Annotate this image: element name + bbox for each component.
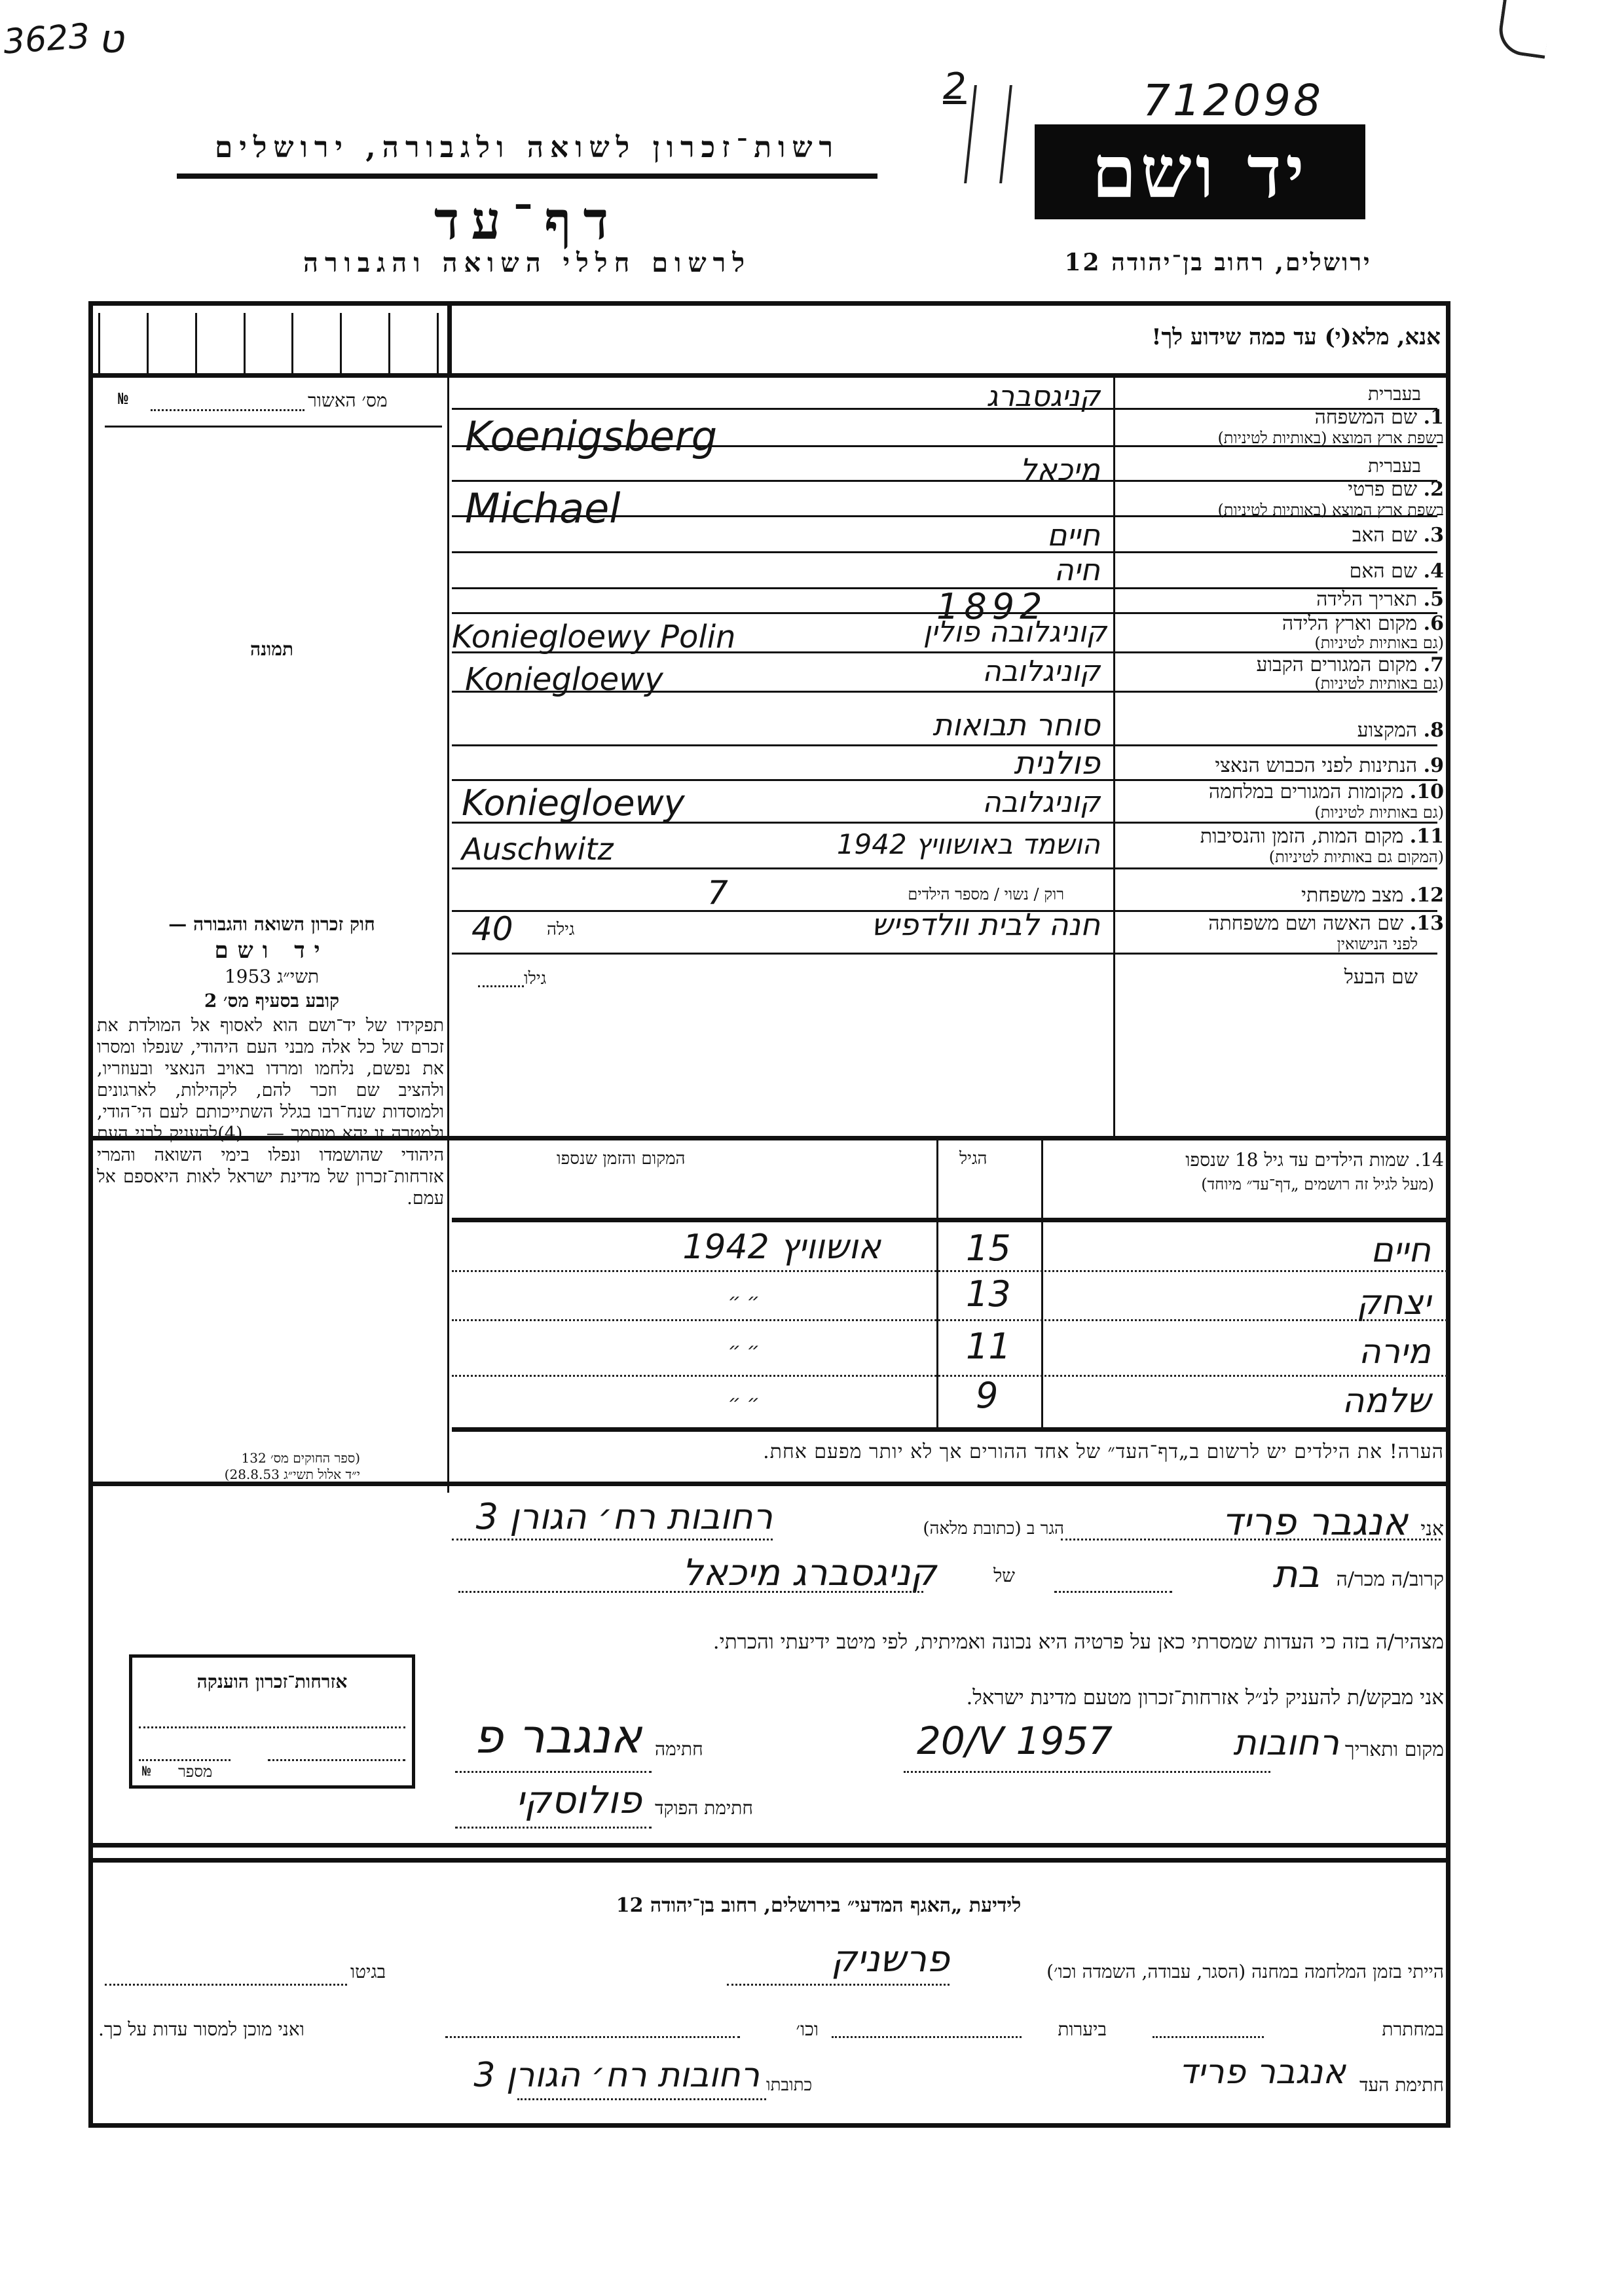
children-col-divider-2 bbox=[936, 1139, 938, 1427]
resides-label: הגר ב (כתובת מלאה) bbox=[923, 1519, 1064, 1539]
law-citation-1: (ספר החוקים מס׳ 132 bbox=[98, 1450, 360, 1467]
relative-label: קרוב/ה מכר/ה bbox=[1337, 1568, 1444, 1591]
form-frame bbox=[88, 301, 1450, 2128]
child-row-rule-2 bbox=[452, 1319, 1447, 1321]
field-7-label: 7. מקום המגורים הקבוע bbox=[1256, 653, 1444, 676]
place-date-field bbox=[904, 1771, 1270, 1773]
citizenship-line-1 bbox=[139, 1726, 405, 1728]
wife-age-label: גילה bbox=[547, 920, 575, 939]
relation-of-value[interactable]: קניגסברג מיכאל bbox=[682, 1552, 936, 1594]
declarant-name[interactable]: אנגבר פריד bbox=[1222, 1499, 1408, 1544]
field-7-value-latin[interactable]: Koniegloewy bbox=[465, 661, 663, 698]
field-3-label: 3. שם האב bbox=[1352, 524, 1444, 547]
approval-number-label: מס׳ האשור bbox=[308, 390, 388, 412]
field-2-value-hebrew[interactable]: מיכאל bbox=[1020, 452, 1100, 487]
declaration-request: אני מבקש/ת להעניק לנ״ל אזרחות־זכרון מטעם… bbox=[966, 1686, 1444, 1709]
relation-value[interactable]: בת bbox=[1272, 1552, 1319, 1596]
law-heading: חוק זכרון השואה והגבורה — bbox=[98, 913, 445, 936]
margin-letter-top-left: ט bbox=[98, 16, 124, 62]
corner-mark bbox=[1496, 0, 1552, 59]
row-rule-11 bbox=[452, 867, 1437, 869]
husband-age-field[interactable] bbox=[478, 985, 524, 987]
child-row-4-age[interactable]: 9 bbox=[976, 1375, 998, 1416]
children-col-divider-1 bbox=[1041, 1139, 1043, 1427]
field-12-children-count[interactable]: 7 bbox=[707, 874, 728, 912]
witness-address-field bbox=[517, 2098, 766, 2100]
children-section-sub: (מעל לגיל זה רושמים „דף־עד״ מיוחד) bbox=[1201, 1175, 1434, 1194]
child-row-1-place-time[interactable]: אושוויץ 1942 bbox=[682, 1228, 881, 1267]
child-row-4-place-time[interactable]: ״ ״ bbox=[728, 1391, 760, 1414]
margin-number-top-center: 2 bbox=[943, 65, 967, 108]
children-note: הערה! את הילדים יש לרשום ב„דף־העד״ של אח… bbox=[763, 1440, 1444, 1463]
tick-boxes bbox=[98, 313, 439, 373]
field-1-value-hebrew[interactable]: קניגסברג bbox=[986, 380, 1100, 413]
header-address: ירושלים, רחוב בן־יהודה 12 bbox=[995, 249, 1441, 276]
field-11-sub: (המקום גם באותיות לטיניות) bbox=[1269, 848, 1444, 867]
approval-number-symbol: № bbox=[118, 390, 128, 409]
field-6-label: 6. מקום וארץ הלידה bbox=[1282, 612, 1444, 635]
camp-line-label: הייתי בזמן המלחמה במחנה (הסגר, עבודה, הש… bbox=[1046, 1961, 1444, 1983]
witness-signature-label: חתימת העד bbox=[1359, 2074, 1444, 2096]
child-row-2-name[interactable]: יצחק bbox=[1357, 1283, 1431, 1322]
child-row-4-name[interactable]: שלמה bbox=[1342, 1381, 1431, 1421]
field-1-hebrew-tag: בעברית bbox=[1368, 383, 1421, 405]
field-4-label: 4. שם האם bbox=[1350, 560, 1444, 583]
field-9-label: 9. הנתינות לפני הכבוש הנאצי bbox=[1215, 754, 1444, 777]
field-5-label: 5. תאריך הלידה bbox=[1316, 588, 1444, 611]
ghetto-field[interactable] bbox=[105, 1984, 347, 1986]
field-6-value-hebrew[interactable]: קוניגלובה פולין bbox=[923, 615, 1107, 649]
margin-number-top-left: 3623 bbox=[2, 16, 91, 62]
declarant-address[interactable]: רחובות רח׳ הגורן 3 bbox=[476, 1496, 773, 1537]
field-13-label: 13. שם האשה ושם משפחתה bbox=[1208, 912, 1444, 935]
officer-signature-field bbox=[455, 1827, 652, 1829]
child-row-1-age[interactable]: 15 bbox=[966, 1228, 1011, 1269]
signature-field bbox=[455, 1771, 652, 1773]
field-9-value[interactable]: פולנית bbox=[1014, 745, 1100, 782]
children-section-label: 14. שמות הילדים עד גיל 18 שנספו bbox=[1185, 1149, 1444, 1171]
children-bottom-rule bbox=[452, 1427, 1447, 1432]
child-row-3-age[interactable]: 11 bbox=[966, 1326, 1011, 1367]
children-col-place-time: המקום והזמן שנספו bbox=[557, 1149, 686, 1169]
field-10-value-latin[interactable]: Koniegloewy bbox=[462, 782, 685, 824]
top-row-divider bbox=[447, 304, 452, 376]
field-6-sub: (גם באותיות לטיניות) bbox=[1314, 634, 1444, 653]
page-title: דף־עד bbox=[177, 190, 877, 252]
husband-name-label: שם הבעל bbox=[1344, 966, 1418, 989]
husband-age-label: גילו bbox=[524, 969, 546, 989]
citizenship-box: אזרחות־זכרון הוענקה № מספר bbox=[129, 1654, 415, 1789]
field-2-value-latin[interactable]: Michael bbox=[465, 484, 620, 532]
field-4-value[interactable]: חיה bbox=[1054, 552, 1100, 587]
field-2-label: 2. שם פרטי bbox=[1348, 478, 1444, 501]
field-7-sub: (גם באותיות לטיניות) bbox=[1314, 674, 1444, 693]
field-12-options: רוק / נשוי / מספר הילדים bbox=[908, 885, 1064, 904]
forests-field[interactable] bbox=[832, 2036, 1022, 2038]
citizenship-title: אזרחות־זכרון הוענקה bbox=[132, 1671, 412, 1693]
child-row-3-place-time[interactable]: ״ ״ bbox=[728, 1339, 760, 1362]
approval-rule bbox=[105, 426, 442, 428]
citizenship-number-label: מספר bbox=[178, 1762, 212, 1781]
child-row-2-place-time[interactable]: ״ ״ bbox=[728, 1290, 760, 1313]
place-value[interactable]: רחובות bbox=[1233, 1722, 1339, 1763]
forests-label: ביערות bbox=[1058, 2018, 1107, 2041]
form-instruction: אנא, מלא(י) עד כמה שידוע לך! bbox=[1152, 324, 1441, 350]
hiding-label: במחתרת bbox=[1382, 2018, 1444, 2041]
field-2-sub: בשפת ארץ המוצא (באותיות לטיניות) bbox=[1217, 501, 1444, 520]
yad-vashem-logo: יד ושם bbox=[1035, 124, 1365, 219]
declarant-name-field bbox=[1061, 1539, 1441, 1540]
law-year: תשי״ג 1953 bbox=[98, 966, 445, 988]
declaration-i-label: אני bbox=[1420, 1518, 1444, 1540]
camp-value[interactable]: פרשניק bbox=[831, 1938, 950, 1980]
of-label: של bbox=[993, 1565, 1015, 1587]
law-clause: קובע בסעיף מס׳ 2 bbox=[98, 990, 445, 1012]
footer-top-rule-2 bbox=[92, 1858, 1447, 1863]
field-13-sub: לפני הנישואין bbox=[1337, 935, 1418, 954]
field-11-value-hebrew[interactable]: הושמד באושוויץ 1942 bbox=[837, 828, 1100, 860]
row-rule-8 bbox=[452, 744, 1437, 746]
date-value[interactable]: 20/V 1957 bbox=[917, 1719, 1113, 1763]
officer-signature[interactable]: פולוסקי bbox=[515, 1777, 642, 1822]
field-13-value[interactable]: חנה לבית וולדפיש bbox=[872, 907, 1100, 942]
children-header-rule bbox=[452, 1218, 1447, 1222]
declaration-statement: מצהיר/ה בזה כי העדות שמסרתי כאן על פרטיה… bbox=[713, 1630, 1444, 1654]
place-date-label: מקום ותאריך bbox=[1345, 1738, 1444, 1761]
law-body: תפקידו של יד־ושם הוא לאסוף אל המולדת את … bbox=[97, 1015, 444, 1209]
address-field bbox=[452, 1539, 773, 1540]
row-rule-13 bbox=[452, 953, 1437, 955]
field-1-value-latin[interactable]: Koenigsberg bbox=[465, 412, 717, 460]
field-7-value-hebrew[interactable]: קוניגלובה bbox=[982, 655, 1100, 688]
logo-text: יד ושם bbox=[1092, 130, 1308, 215]
row-rule-1a bbox=[452, 408, 1437, 410]
top-row-bottom-rule bbox=[92, 373, 1447, 378]
relation-field bbox=[1054, 1591, 1172, 1593]
row-rule-2a bbox=[452, 480, 1437, 482]
page-subtitle: לרשום חללי השואה והגבורה bbox=[177, 247, 877, 278]
authority-line: רשות־זכרון לשואה ולגבורה, ירושלים bbox=[177, 131, 877, 164]
law-citation-2: י״ד אלול תשי״ג 28.8.53) bbox=[98, 1467, 360, 1483]
citizenship-line-2-left[interactable] bbox=[139, 1759, 231, 1761]
field-1-sub: בשפת ארץ המוצא (באותיות לטיניות) bbox=[1217, 429, 1444, 448]
field-10-label: 10. מקומות המגורים במלחמה bbox=[1209, 780, 1444, 803]
officer-signature-label: חתימת הפוקד bbox=[655, 1797, 753, 1819]
child-row-1-name[interactable]: חיים bbox=[1371, 1231, 1431, 1270]
footer-top-rule-1 bbox=[92, 1843, 1447, 1848]
field-8-value[interactable]: סוחר תבואות bbox=[932, 707, 1100, 742]
ready-label: ואני מוכן למסור עדות על כך. bbox=[98, 2018, 304, 2041]
margin-strokes bbox=[964, 85, 1012, 183]
citizenship-line-2-right[interactable] bbox=[268, 1759, 405, 1761]
signature-label: חתימה bbox=[655, 1738, 703, 1760]
child-row-2-age[interactable]: 13 bbox=[966, 1273, 1011, 1315]
row-rule-3 bbox=[452, 551, 1437, 553]
field-11-label: 11. מקום המות, הזמן והנסיבות bbox=[1200, 825, 1444, 848]
witness-signature[interactable]: אנגבר פריד bbox=[1179, 2052, 1346, 2092]
camp-field bbox=[727, 1984, 950, 1986]
child-row-rule-1 bbox=[452, 1270, 1447, 1272]
etc-label: וכו׳ bbox=[796, 2018, 819, 2041]
field-11-value-latin[interactable]: Auschwitz bbox=[462, 831, 614, 867]
labels-divider bbox=[1113, 376, 1115, 1136]
footer-heading: לידיעת „האגף המדעי״ בירושלים, רחוב בן־יה… bbox=[458, 1894, 1179, 1917]
law-logo: יד ושם bbox=[98, 938, 445, 964]
margin-number-top-right: 712098 bbox=[1143, 75, 1323, 126]
field-6-value-latin[interactable]: Koniegloewy Polin bbox=[452, 619, 735, 655]
wife-age-value[interactable]: 40 bbox=[471, 910, 513, 948]
field-8-label: 8. המקצוע bbox=[1357, 719, 1444, 742]
hiding-field[interactable] bbox=[1153, 2036, 1264, 2038]
children-col-age: הגיל bbox=[959, 1149, 987, 1169]
field-2-hebrew-tag: בעברית bbox=[1368, 455, 1421, 477]
field-3-value[interactable]: חיים bbox=[1047, 517, 1100, 553]
law-divider bbox=[447, 903, 449, 1493]
photo-label: תמונה bbox=[98, 638, 445, 661]
witness-address[interactable]: רחובות רח׳ הגורן 3 bbox=[473, 2056, 760, 2095]
relation-of-field bbox=[458, 1591, 923, 1593]
citizenship-number-symbol: № bbox=[142, 1764, 151, 1780]
field-1-label: 1. שם המשפחה bbox=[1315, 406, 1444, 429]
child-row-rule-3 bbox=[452, 1375, 1447, 1377]
approval-number-field[interactable] bbox=[151, 409, 304, 411]
etc-field[interactable] bbox=[445, 2036, 740, 2038]
field-10-value-hebrew[interactable]: קוניגלובה bbox=[982, 786, 1100, 819]
field-12-label: 12. מצב משפחתי bbox=[1301, 884, 1444, 907]
declaration-top-rule bbox=[92, 1482, 1447, 1486]
witness-address-label: כתובתו bbox=[766, 2075, 812, 2095]
field-10-sub: (גם באותיות לטיניות) bbox=[1314, 803, 1444, 822]
ghetto-label: בגיטו bbox=[350, 1961, 386, 1983]
child-row-3-name[interactable]: מירה bbox=[1359, 1332, 1431, 1372]
header-rule bbox=[177, 173, 877, 179]
declarant-signature[interactable]: אנגבר פ bbox=[473, 1709, 642, 1764]
